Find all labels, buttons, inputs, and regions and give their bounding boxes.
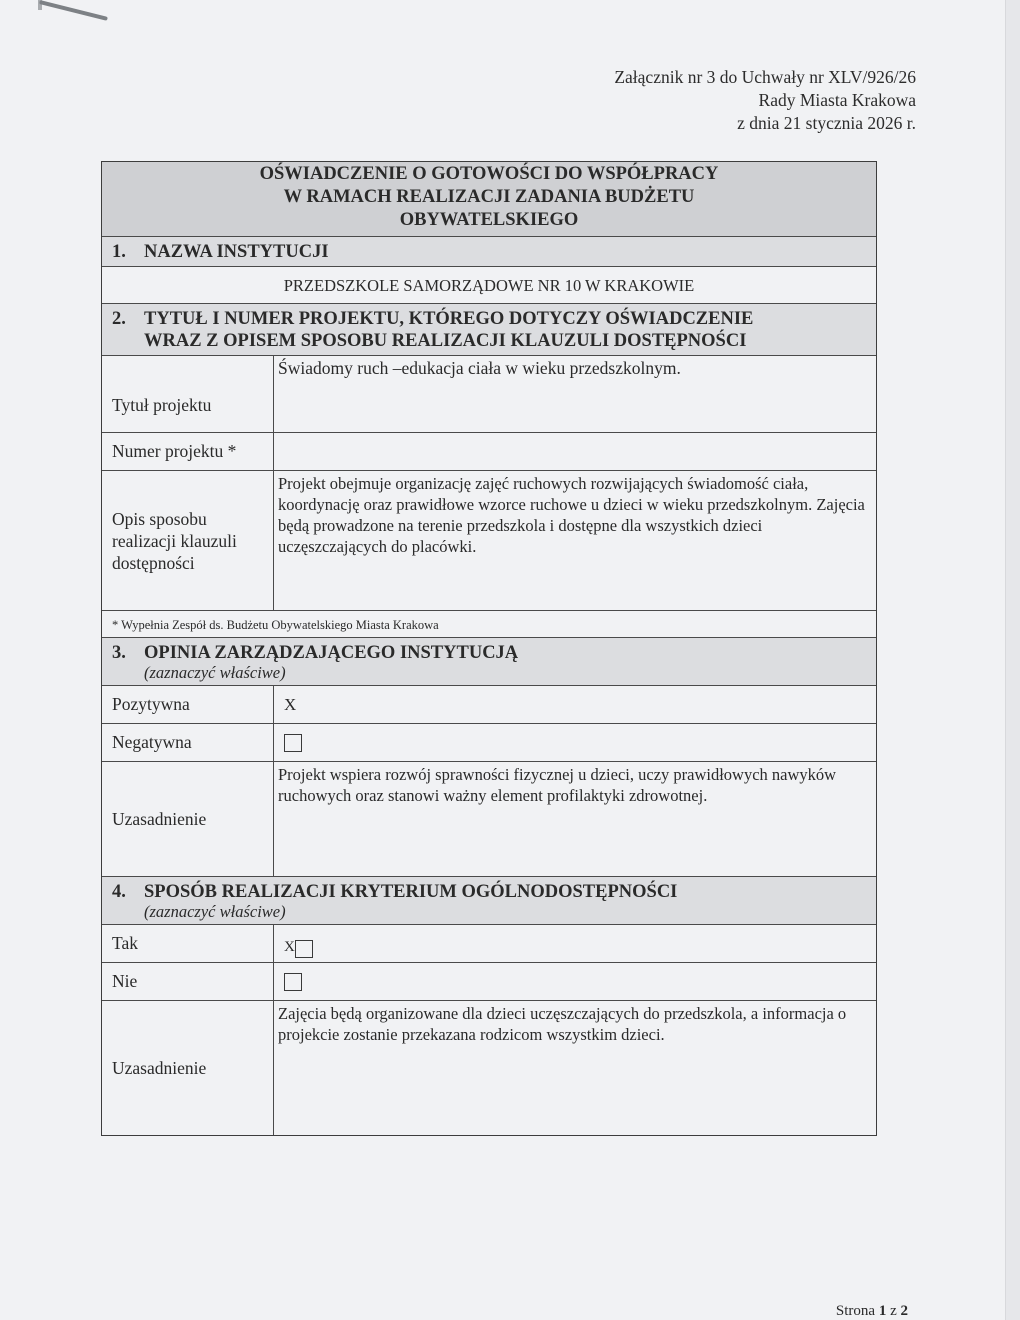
paper-edge — [1005, 0, 1020, 1320]
institution-name-row: PRZEDSZKOLE SAMORZĄDOWE NR 10 W KRAKOWIE — [102, 267, 876, 304]
project-number-field[interactable] — [274, 433, 876, 470]
opinion-justification-field[interactable]: Projekt wspiera rozwój sprawności fizycz… — [274, 762, 876, 876]
accessibility-justification-label: Uzasadnienie — [102, 1001, 274, 1135]
section-number: 1. — [112, 241, 144, 263]
x-mark-icon: X — [284, 694, 296, 715]
attachment-line-1: Załącznik nr 3 do Uchwały nr XLV/926/26 — [614, 66, 916, 89]
x-mark-icon: X — [284, 937, 295, 958]
section-subheading: (zaznaczyć właściwe) — [112, 903, 866, 921]
opinion-negative-row: Negatywna — [102, 724, 876, 762]
checkbox-empty-icon[interactable] — [284, 973, 302, 991]
section-number: 4. — [112, 881, 144, 903]
section-number: 3. — [112, 642, 144, 664]
opinion-positive-option[interactable]: X — [274, 686, 876, 723]
accessibility-justification-row: Uzasadnienie Zajęcia będą organizowane d… — [102, 1001, 876, 1135]
total-pages: 2 — [901, 1303, 909, 1319]
section-4-header: 4.SPOSÓB REALIZACJI KRYTERIUM OGÓLNODOST… — [102, 877, 876, 925]
project-title-field[interactable]: Świadomy ruch –edukacja ciała w wieku pr… — [274, 356, 876, 432]
page-prefix: Strona — [836, 1303, 875, 1319]
opinion-positive-label: Pozytywna — [102, 686, 274, 723]
accessibility-description-field[interactable]: Projekt obejmuje organizację zajęć rucho… — [274, 471, 876, 610]
section-heading: NAZWA INSTYTUCJI — [144, 242, 329, 262]
staple-mark — [39, 0, 108, 21]
section-heading-line-2: WRAZ Z OPISEM SPOSOBU REALIZACJI KLAUZUL… — [112, 330, 866, 352]
project-number-label: Numer projektu * — [102, 433, 274, 470]
section-3-header: 3.OPINIA ZARZĄDZAJĄCEGO INSTYTUCJĄ (zazn… — [102, 638, 876, 686]
form-title: OŚWIADCZENIE O GOTOWOŚCI DO WSPÓŁPRACY W… — [102, 162, 876, 237]
accessibility-yes-row: Tak X — [102, 925, 876, 963]
opinion-justification-row: Uzasadnienie Projekt wspiera rozwój spra… — [102, 762, 876, 877]
accessibility-yes-label: Tak — [102, 925, 274, 962]
declaration-form: OŚWIADCZENIE O GOTOWOŚCI DO WSPÓŁPRACY W… — [101, 161, 877, 1136]
form-title-line-3: OBYWATELSKIEGO — [400, 209, 579, 232]
accessibility-no-label: Nie — [102, 963, 274, 1000]
opinion-negative-option[interactable] — [274, 724, 876, 761]
accessibility-no-row: Nie — [102, 963, 876, 1001]
page-separator: z — [890, 1303, 897, 1319]
section-heading: SPOSÓB REALIZACJI KRYTERIUM OGÓLNODOSTĘP… — [144, 882, 677, 902]
checkbox-icon[interactable] — [295, 940, 313, 958]
project-title-row: Tytuł projektu Świadomy ruch –edukacja c… — [102, 356, 876, 433]
attachment-line-2: Rady Miasta Krakowa — [614, 89, 916, 112]
attachment-line-3: z dnia 21 stycznia 2026 r. — [614, 112, 916, 135]
opinion-justification-label: Uzasadnienie — [102, 762, 274, 876]
form-title-line-2: W RAMACH REALIZACJI ZADANIA BUDŻETU — [284, 186, 695, 209]
section-1-header: 1.NAZWA INSTYTUCJI — [102, 237, 876, 267]
accessibility-yes-option[interactable]: X — [274, 925, 876, 962]
section-heading: OPINIA ZARZĄDZAJĄCEGO INSTYTUCJĄ — [144, 643, 518, 663]
section-2-header: 2.TYTUŁ I NUMER PROJEKTU, KTÓREGO DOTYCZ… — [102, 304, 876, 356]
institution-name-field[interactable]: PRZEDSZKOLE SAMORZĄDOWE NR 10 W KRAKOWIE — [102, 267, 876, 303]
page-number: Strona 1 z 2 — [836, 1303, 908, 1320]
form-title-line-1: OŚWIADCZENIE O GOTOWOŚCI DO WSPÓŁPRACY — [260, 163, 719, 186]
attachment-header: Załącznik nr 3 do Uchwały nr XLV/926/26 … — [614, 66, 916, 135]
accessibility-no-option[interactable] — [274, 963, 876, 1000]
accessibility-description-row: Opis sposobu realizacji klauzuli dostępn… — [102, 471, 876, 611]
accessibility-justification-field[interactable]: Zajęcia będą organizowane dla dzieci ucz… — [274, 1001, 876, 1135]
section-number: 2. — [112, 308, 144, 330]
current-page: 1 — [879, 1303, 887, 1319]
checkbox-empty-icon[interactable] — [284, 734, 302, 752]
opinion-positive-row: Pozytywna X — [102, 686, 876, 724]
accessibility-description-label: Opis sposobu realizacji klauzuli dostępn… — [102, 471, 274, 610]
section-subheading: (zaznaczyć właściwe) — [112, 664, 866, 682]
project-number-row: Numer projektu * — [102, 433, 876, 471]
project-title-label: Tytuł projektu — [102, 356, 274, 432]
footnote: * Wypełnia Zespół ds. Budżetu Obywatelsk… — [102, 611, 876, 638]
section-heading-line-1: TYTUŁ I NUMER PROJEKTU, KTÓREGO DOTYCZY … — [144, 309, 753, 329]
opinion-negative-label: Negatywna — [102, 724, 274, 761]
